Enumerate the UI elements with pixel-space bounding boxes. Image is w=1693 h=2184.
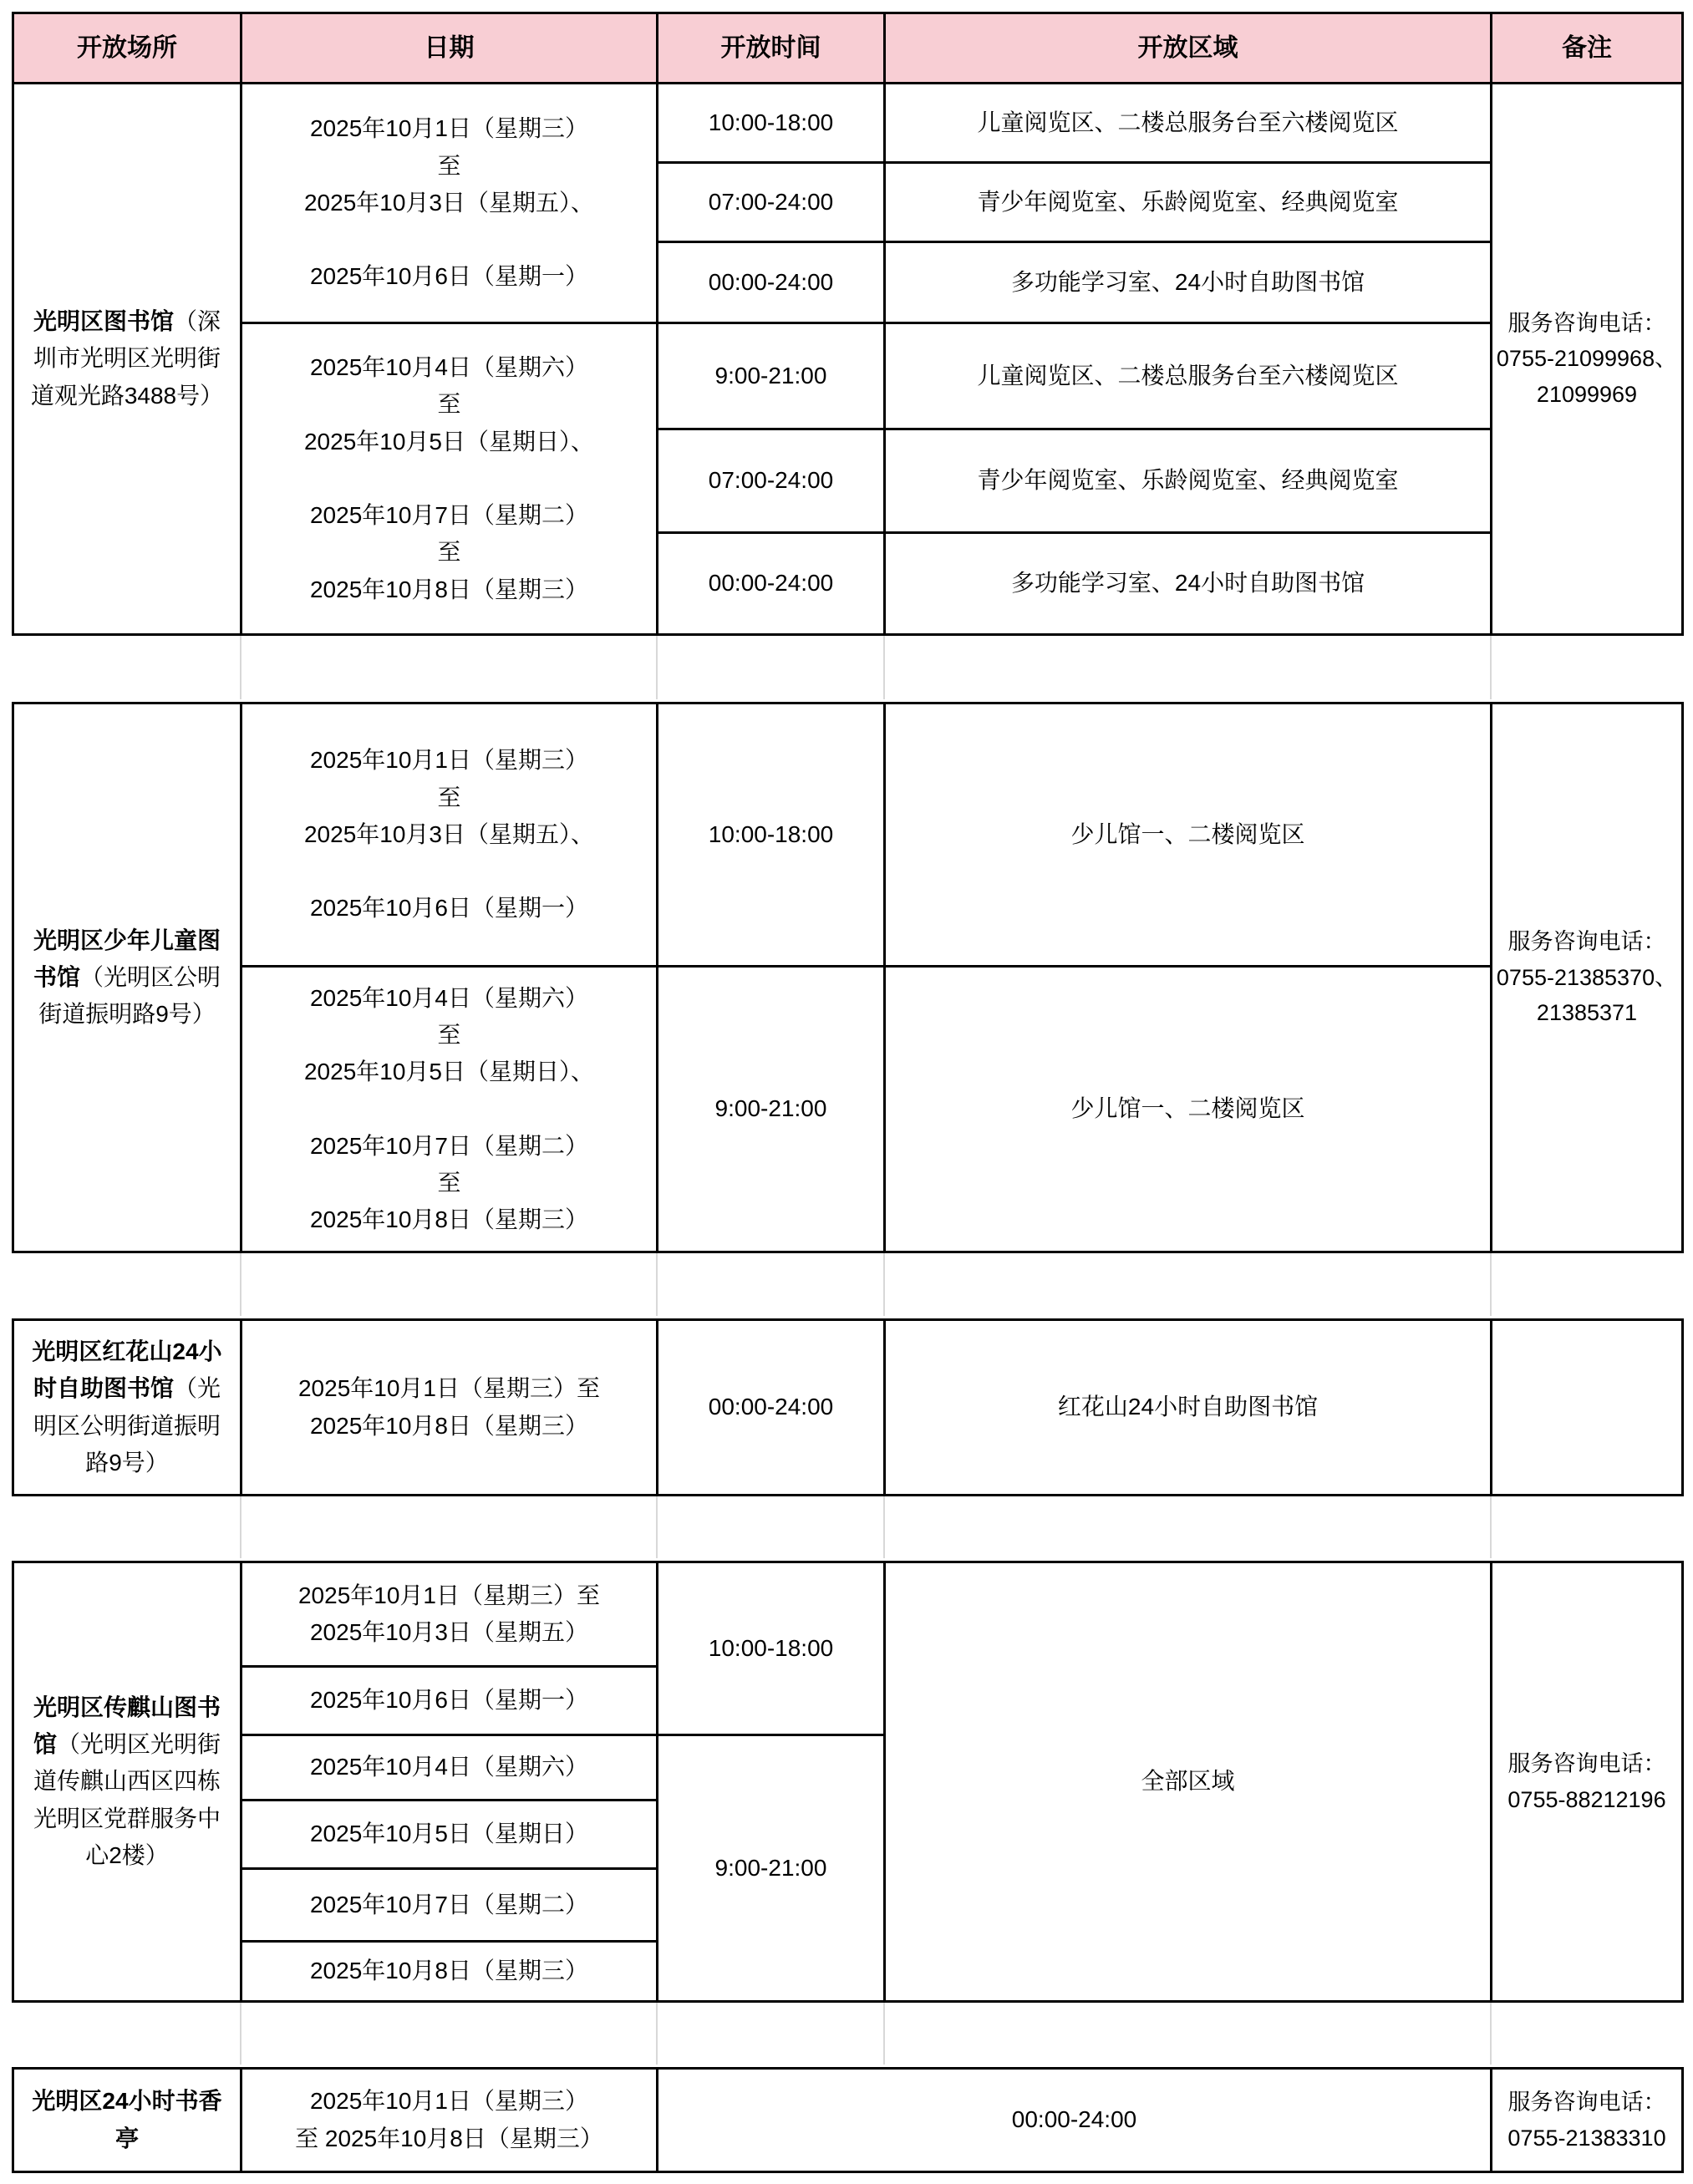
b3-venue-cell: 光明区红花山24小时自助图书馆（光明区公明街道振明路9号） — [12, 1318, 242, 1496]
b2-time-row1-cell: 10:00-18:00 — [656, 702, 886, 968]
b3-venue-text: 光明区红花山24小时自助图书馆（光明区公明街道振明路9号） — [14, 1333, 240, 1481]
b4-date-row1-cell: 2025年10月1日（星期三）至 2025年10月3日（星期五） — [240, 1561, 658, 1668]
b4-date-row5-cell: 2025年10月7日（星期二） — [240, 1867, 658, 1943]
b2-venue-text: 光明区少年儿童图书馆（光明区公明街道振明路9号） — [14, 922, 240, 1034]
b2-time-row2-cell: 9:00-21:00 — [656, 965, 886, 1253]
b4-time-group2: 9:00-21:00 — [658, 1850, 883, 1887]
b1-venue-text: 光明区图书馆（深圳市光明区光明街道观光路3488号） — [14, 303, 240, 414]
b4-date-row2: 2025年10月6日（星期一） — [242, 1682, 656, 1719]
col-header-time-label: 开放时间 — [658, 28, 883, 68]
b2-date-group2-cell: 2025年10月4日（星期六） 至 2025年10月5日（星期日）、 2025年… — [240, 965, 658, 1253]
grid-line — [883, 1496, 885, 1558]
grid-line — [883, 2003, 885, 2065]
b1-time-row5-cell: 07:00-24:00 — [656, 428, 886, 534]
b4-time-group1: 10:00-18:00 — [658, 1630, 883, 1667]
b1-time-row2: 07:00-24:00 — [658, 184, 883, 221]
b4-area-cell: 全部区域 — [883, 1561, 1492, 2003]
b1-remark: 服务咨询电话： 0755-21099968、 21099969 — [1492, 306, 1681, 413]
b1-time-row1-cell: 10:00-18:00 — [656, 82, 886, 164]
grid-line — [240, 2003, 241, 2065]
b2-remark-cell: 服务咨询电话： 0755-21385370、 21385371 — [1490, 702, 1684, 1253]
b4-remark: 服务咨询电话： 0755-88212196 — [1492, 1746, 1681, 1817]
b1-area-row3: 多功能学习室、24小时自助图书馆 — [886, 264, 1490, 301]
b2-remark: 服务咨询电话： 0755-21385370、 21385371 — [1492, 924, 1681, 1031]
b1-area-row4-cell: 儿童阅览区、二楼总服务台至六楼阅览区 — [883, 322, 1492, 430]
b2-area-row1: 少儿馆一、二楼阅览区 — [886, 816, 1490, 853]
grid-line — [240, 1496, 241, 1558]
grid-line — [1490, 1253, 1492, 1316]
b5-venue-cell: 光明区24小时书香亭 — [12, 2067, 242, 2173]
b3-date-cell: 2025年10月1日（星期三）至 2025年10月8日（星期三） — [240, 1318, 658, 1496]
b1-area-row4: 儿童阅览区、二楼总服务台至六楼阅览区 — [886, 358, 1490, 394]
b4-date-row4-cell: 2025年10月5日（星期日） — [240, 1799, 658, 1870]
grid-line — [1490, 636, 1492, 699]
b4-date-row3-cell: 2025年10月4日（星期六） — [240, 1734, 658, 1801]
grid-line — [883, 636, 885, 699]
b1-remark-cell: 服务咨询电话： 0755-21099968、 21099969 — [1490, 82, 1684, 636]
b2-venue-cell: 光明区少年儿童图书馆（光明区公明街道振明路9号） — [12, 702, 242, 1253]
b4-venue-cell: 光明区传麒山图书馆（光明区光明街道传麒山西区四栋光明区党群服务中心2楼） — [12, 1561, 242, 2003]
b1-area-row5-cell: 青少年阅览室、乐龄阅览室、经典阅览室 — [883, 428, 1492, 534]
b3-time: 00:00-24:00 — [658, 1389, 883, 1425]
b1-date-group2: 2025年10月4日（星期六） 至 2025年10月5日（星期日）、 2025年… — [242, 349, 656, 608]
library-holiday-schedule-table: 开放场所 日期 开放时间 开放区域 备注 光明区图书馆（深圳市光明区光明街道观光… — [0, 0, 1693, 2184]
grid-line — [240, 1253, 241, 1316]
b1-date-group2-cell: 2025年10月4日（星期六） 至 2025年10月5日（星期日）、 2025年… — [240, 322, 658, 636]
b1-time-row5: 07:00-24:00 — [658, 462, 883, 499]
b2-date-group1-cell: 2025年10月1日（星期三） 至 2025年10月3日（星期五）、 2025年… — [240, 702, 658, 968]
grid-line — [656, 1253, 658, 1316]
col-header-note: 备注 — [1490, 12, 1684, 84]
b1-area-row1: 儿童阅览区、二楼总服务台至六楼阅览区 — [886, 104, 1490, 141]
b1-time-row3-cell: 00:00-24:00 — [656, 241, 886, 324]
b5-time-area-cell: 00:00-24:00 — [656, 2067, 1492, 2173]
b1-time-row4-cell: 9:00-21:00 — [656, 322, 886, 430]
b1-area-row6: 多功能学习室、24小时自助图书馆 — [886, 565, 1490, 602]
b1-area-row2: 青少年阅览室、乐龄阅览室、经典阅览室 — [886, 184, 1490, 221]
b1-time-row3: 00:00-24:00 — [658, 264, 883, 301]
grid-line — [656, 1496, 658, 1558]
grid-line — [883, 1253, 885, 1316]
col-header-time: 开放时间 — [656, 12, 886, 84]
b2-date-group1: 2025年10月1日（星期三） 至 2025年10月3日（星期五）、 2025年… — [242, 742, 656, 927]
b2-area-row2-cell: 少儿馆一、二楼阅览区 — [883, 965, 1492, 1253]
b4-remark-cell: 服务咨询电话： 0755-88212196 — [1490, 1561, 1684, 2003]
b5-time-area: 00:00-24:00 — [658, 2101, 1490, 2138]
b4-date-row6-cell: 2025年10月8日（星期三） — [240, 1940, 658, 2003]
b1-time-row2-cell: 07:00-24:00 — [656, 161, 886, 243]
b1-area-row5: 青少年阅览室、乐龄阅览室、经典阅览室 — [886, 462, 1490, 499]
b3-date: 2025年10月1日（星期三）至 2025年10月8日（星期三） — [242, 1370, 656, 1444]
grid-line — [240, 636, 241, 699]
b5-venue-text: 光明区24小时书香亭 — [14, 2083, 240, 2156]
b1-time-row6: 00:00-24:00 — [658, 565, 883, 602]
b4-time-group1-cell: 10:00-18:00 — [656, 1561, 886, 1736]
b1-date-group1-cell: 2025年10月1日（星期三） 至 2025年10月3日（星期五）、 2025年… — [240, 82, 658, 324]
b2-date-group2: 2025年10月4日（星期六） 至 2025年10月5日（星期日）、 2025年… — [242, 980, 656, 1239]
grid-line — [656, 636, 658, 699]
b5-date: 2025年10月1日（星期三） 至 2025年10月8日（星期三） — [242, 2083, 656, 2156]
b2-time-row2: 9:00-21:00 — [658, 1090, 883, 1127]
b1-area-row2-cell: 青少年阅览室、乐龄阅览室、经典阅览室 — [883, 161, 1492, 243]
b1-area-row6-cell: 多功能学习室、24小时自助图书馆 — [883, 531, 1492, 636]
col-header-date: 日期 — [240, 12, 658, 84]
b2-time-row1: 10:00-18:00 — [658, 816, 883, 853]
col-header-area: 开放区域 — [883, 12, 1492, 84]
b1-time-row4: 9:00-21:00 — [658, 358, 883, 394]
b4-date-row3: 2025年10月4日（星期六） — [242, 1749, 656, 1785]
col-header-venue: 开放场所 — [12, 12, 242, 84]
b4-date-row5: 2025年10月7日（星期二） — [242, 1887, 656, 1923]
b1-venue-cell: 光明区图书馆（深圳市光明区光明街道观光路3488号） — [12, 82, 242, 636]
b4-date-row4: 2025年10月5日（星期日） — [242, 1816, 656, 1852]
grid-line — [1490, 2003, 1492, 2065]
b4-date-row1: 2025年10月1日（星期三）至 2025年10月3日（星期五） — [242, 1577, 656, 1651]
b4-date-row2-cell: 2025年10月6日（星期一） — [240, 1665, 658, 1736]
grid-line — [1490, 1496, 1492, 1558]
b1-time-row1: 10:00-18:00 — [658, 104, 883, 141]
b3-time-cell: 00:00-24:00 — [656, 1318, 886, 1496]
b3-area: 红花山24小时自助图书馆 — [886, 1389, 1490, 1425]
b2-area-row2: 少儿馆一、二楼阅览区 — [886, 1090, 1490, 1127]
grid-line — [656, 2003, 658, 2065]
b5-remark: 服务咨询电话： 0755-21383310 — [1492, 2085, 1681, 2156]
col-header-date-label: 日期 — [242, 28, 656, 68]
b1-time-row6-cell: 00:00-24:00 — [656, 531, 886, 636]
b5-venue-name: 光明区24小时书香亭 — [32, 2088, 221, 2151]
b1-area-row3-cell: 多功能学习室、24小时自助图书馆 — [883, 241, 1492, 324]
b4-venue-text: 光明区传麒山图书馆（光明区光明街道传麒山西区四栋光明区党群服务中心2楼） — [14, 1689, 240, 1874]
col-header-venue-label: 开放场所 — [14, 28, 240, 68]
b2-area-row1-cell: 少儿馆一、二楼阅览区 — [883, 702, 1492, 968]
b5-date-cell: 2025年10月1日（星期三） 至 2025年10月8日（星期三） — [240, 2067, 658, 2173]
col-header-area-label: 开放区域 — [886, 28, 1490, 68]
b5-remark-cell: 服务咨询电话： 0755-21383310 — [1490, 2067, 1684, 2173]
col-header-note-label: 备注 — [1492, 28, 1681, 68]
b1-date-group1: 2025年10月1日（星期三） 至 2025年10月3日（星期五）、 2025年… — [242, 110, 656, 295]
b4-date-row6: 2025年10月8日（星期三） — [242, 1953, 656, 1989]
b3-remark-cell — [1490, 1318, 1684, 1496]
b1-area-row1-cell: 儿童阅览区、二楼总服务台至六楼阅览区 — [883, 82, 1492, 164]
b4-area: 全部区域 — [886, 1763, 1490, 1800]
b1-venue-name: 光明区图书馆 — [33, 308, 174, 334]
b3-area-cell: 红花山24小时自助图书馆 — [883, 1318, 1492, 1496]
b4-time-group2-cell: 9:00-21:00 — [656, 1734, 886, 2003]
b4-venue-address: （光明区光明街道传麒山西区四栋光明区党群服务中心2楼） — [33, 1731, 221, 1868]
